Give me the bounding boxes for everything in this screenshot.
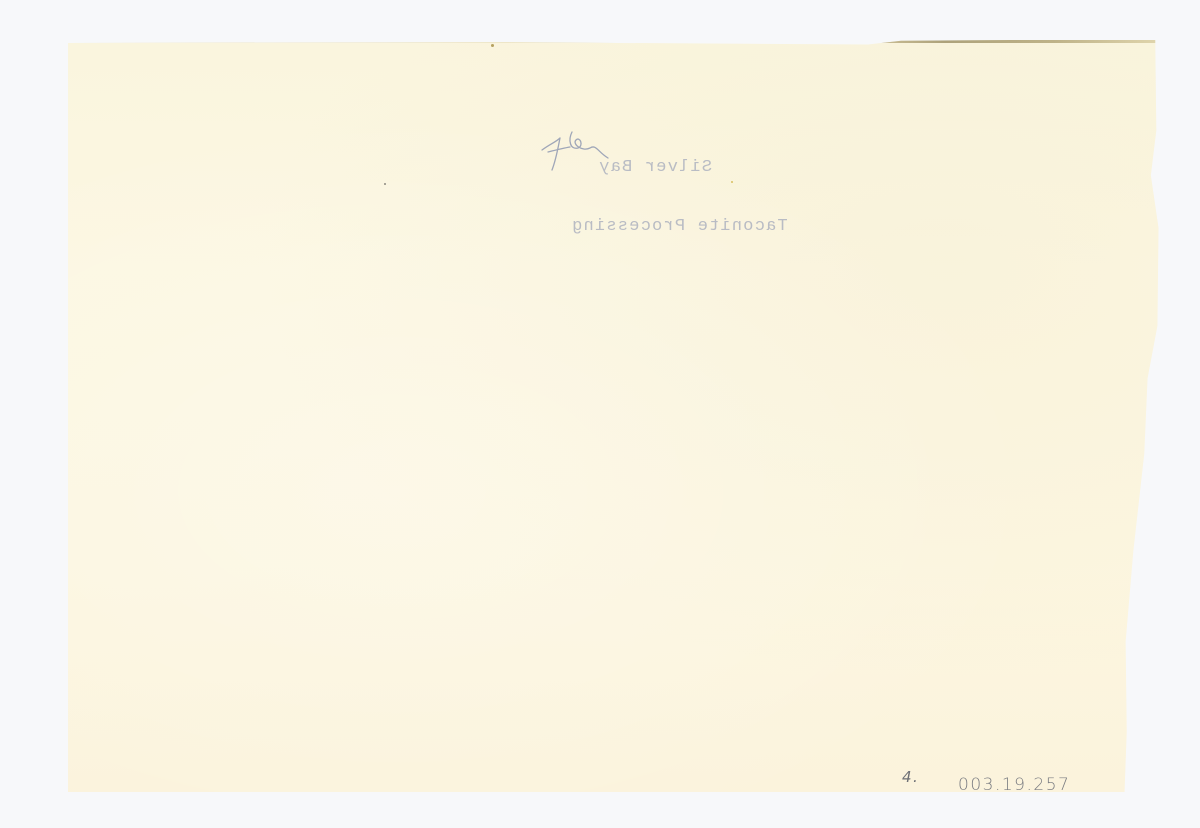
paper-speck bbox=[491, 44, 494, 47]
catalog-number-annotation: 003.19.257 bbox=[958, 775, 1070, 795]
item-number-annotation: 4. bbox=[902, 768, 919, 786]
typed-text-taconite-processing: Taconite Processing bbox=[571, 217, 788, 236]
paper-speck bbox=[384, 183, 386, 185]
paper-sheet bbox=[68, 40, 1164, 792]
scan-background: Silver Bay Taconite Processing 4. 003.19… bbox=[0, 0, 1200, 828]
paper-speck bbox=[731, 181, 733, 183]
typed-text-silver-bay: Silver Bay bbox=[598, 158, 712, 177]
